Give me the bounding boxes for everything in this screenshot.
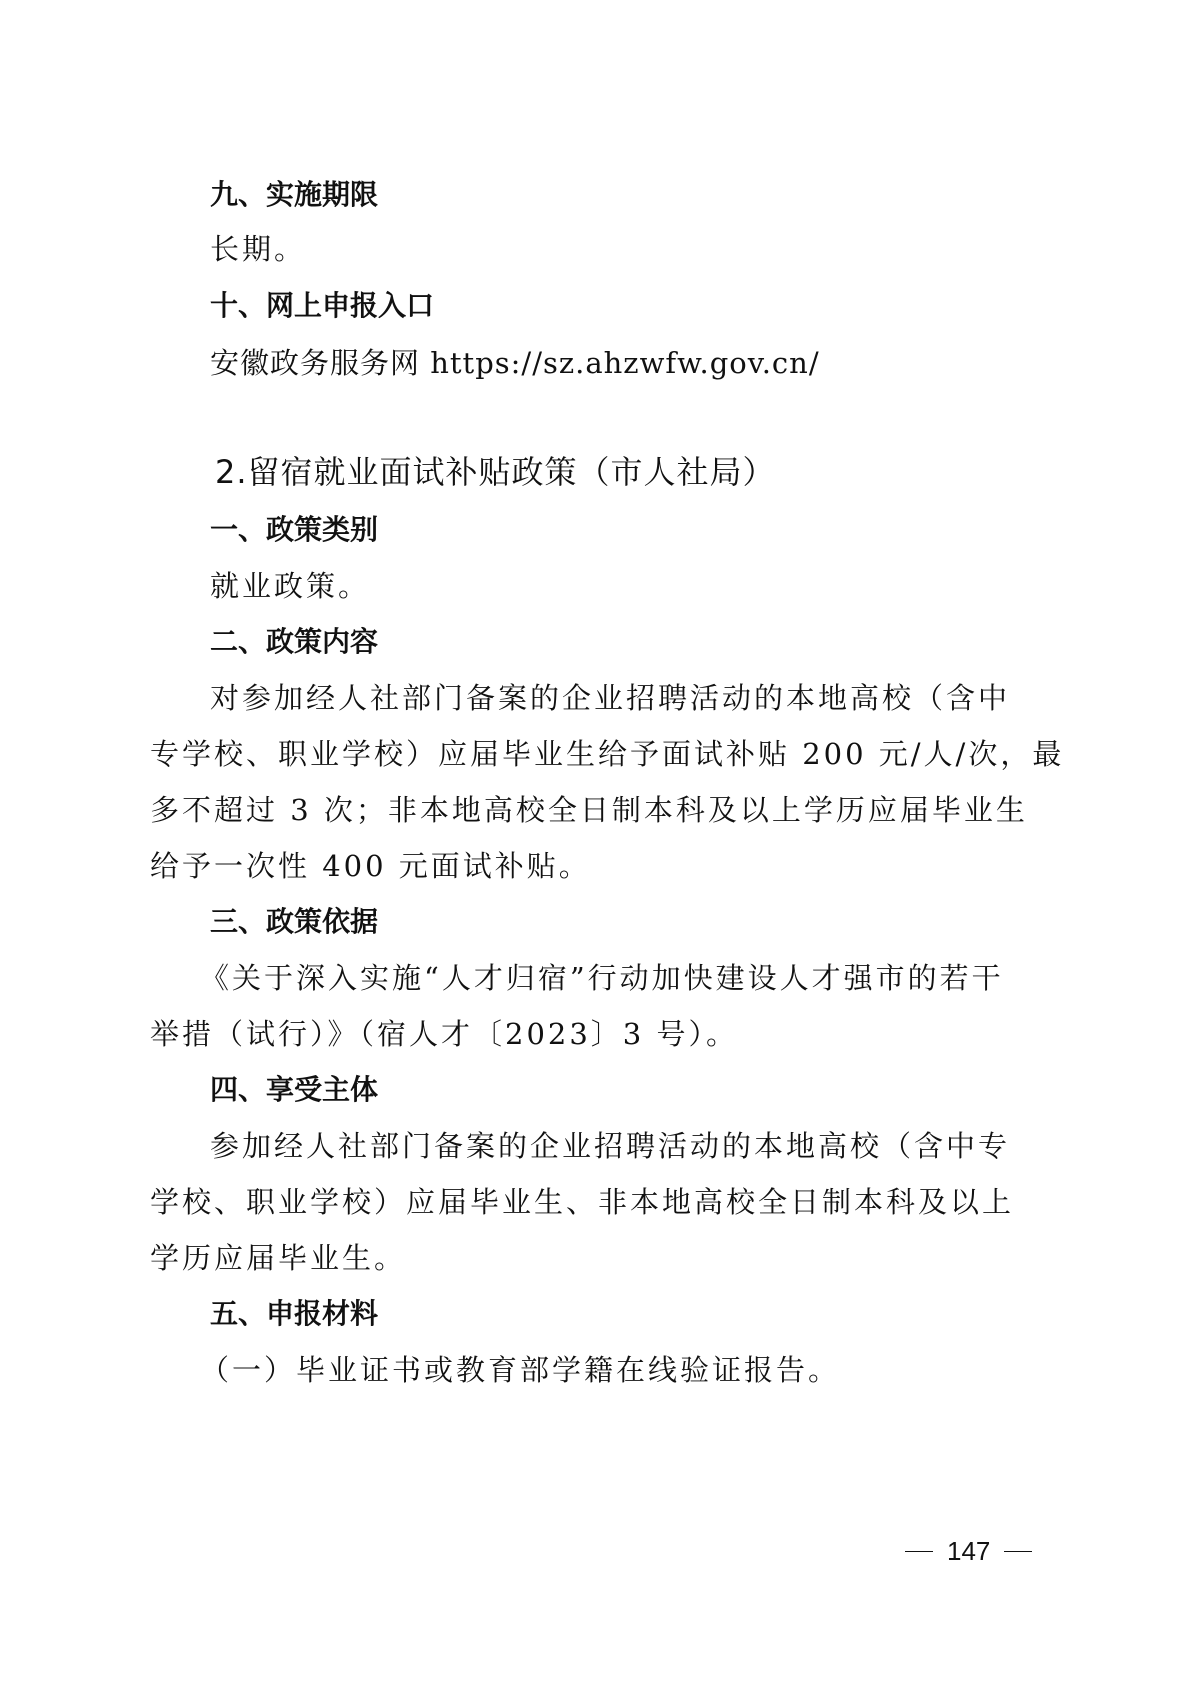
materials-item-1: （一）毕业证书或教育部学籍在线验证报告。	[200, 1350, 840, 1390]
section-heading-materials: 五、申报材料	[210, 1294, 378, 1334]
beneficiaries-line-1: 参加经人社部门备案的企业招聘活动的本地高校（含中专	[210, 1126, 960, 1166]
section-heading-online-entry: 十、网上申报入口	[210, 286, 434, 326]
page-number-footer: 147	[905, 1536, 1032, 1567]
section-heading-basis: 三、政策依据	[210, 902, 378, 942]
category-text: 就业政策。	[210, 566, 370, 606]
content-line-4: 给予一次性 400 元面试补贴。	[150, 846, 591, 886]
section-heading-category: 一、政策类别	[210, 510, 378, 550]
policy-title: 2.留宿就业面试补贴政策（市人社局）	[215, 452, 776, 492]
beneficiaries-line-2: 学校、职业学校）应届毕业生、非本地高校全日制本科及以上	[150, 1182, 960, 1222]
implementation-period-text: 长期。	[210, 229, 306, 269]
section-heading-implementation-period: 九、实施期限	[210, 175, 378, 215]
basis-line-2: 举措（试行）》（宿人才〔2023〕3 号）。	[150, 1014, 738, 1054]
online-entry-link[interactable]: 安徽政务服务网 https://sz.ahzwfw.gov.cn/	[210, 343, 820, 383]
dash-left	[905, 1551, 933, 1553]
content-line-2: 专学校、职业学校）应届毕业生给予面试补贴 200 元/人/次，最	[150, 734, 960, 774]
beneficiaries-line-3: 学历应届毕业生。	[150, 1238, 406, 1278]
section-heading-beneficiaries: 四、享受主体	[210, 1070, 378, 1110]
dash-right	[1004, 1551, 1032, 1553]
basis-line-1: 《关于深入实施“人才归宿”行动加快建设人才强市的若干	[200, 958, 960, 998]
content-line-3: 多不超过 3 次；非本地高校全日制本科及以上学历应届毕业生	[150, 790, 960, 830]
section-heading-content: 二、政策内容	[210, 622, 378, 662]
page-number: 147	[947, 1536, 990, 1567]
content-line-1: 对参加经人社部门备案的企业招聘活动的本地高校（含中	[210, 678, 960, 718]
